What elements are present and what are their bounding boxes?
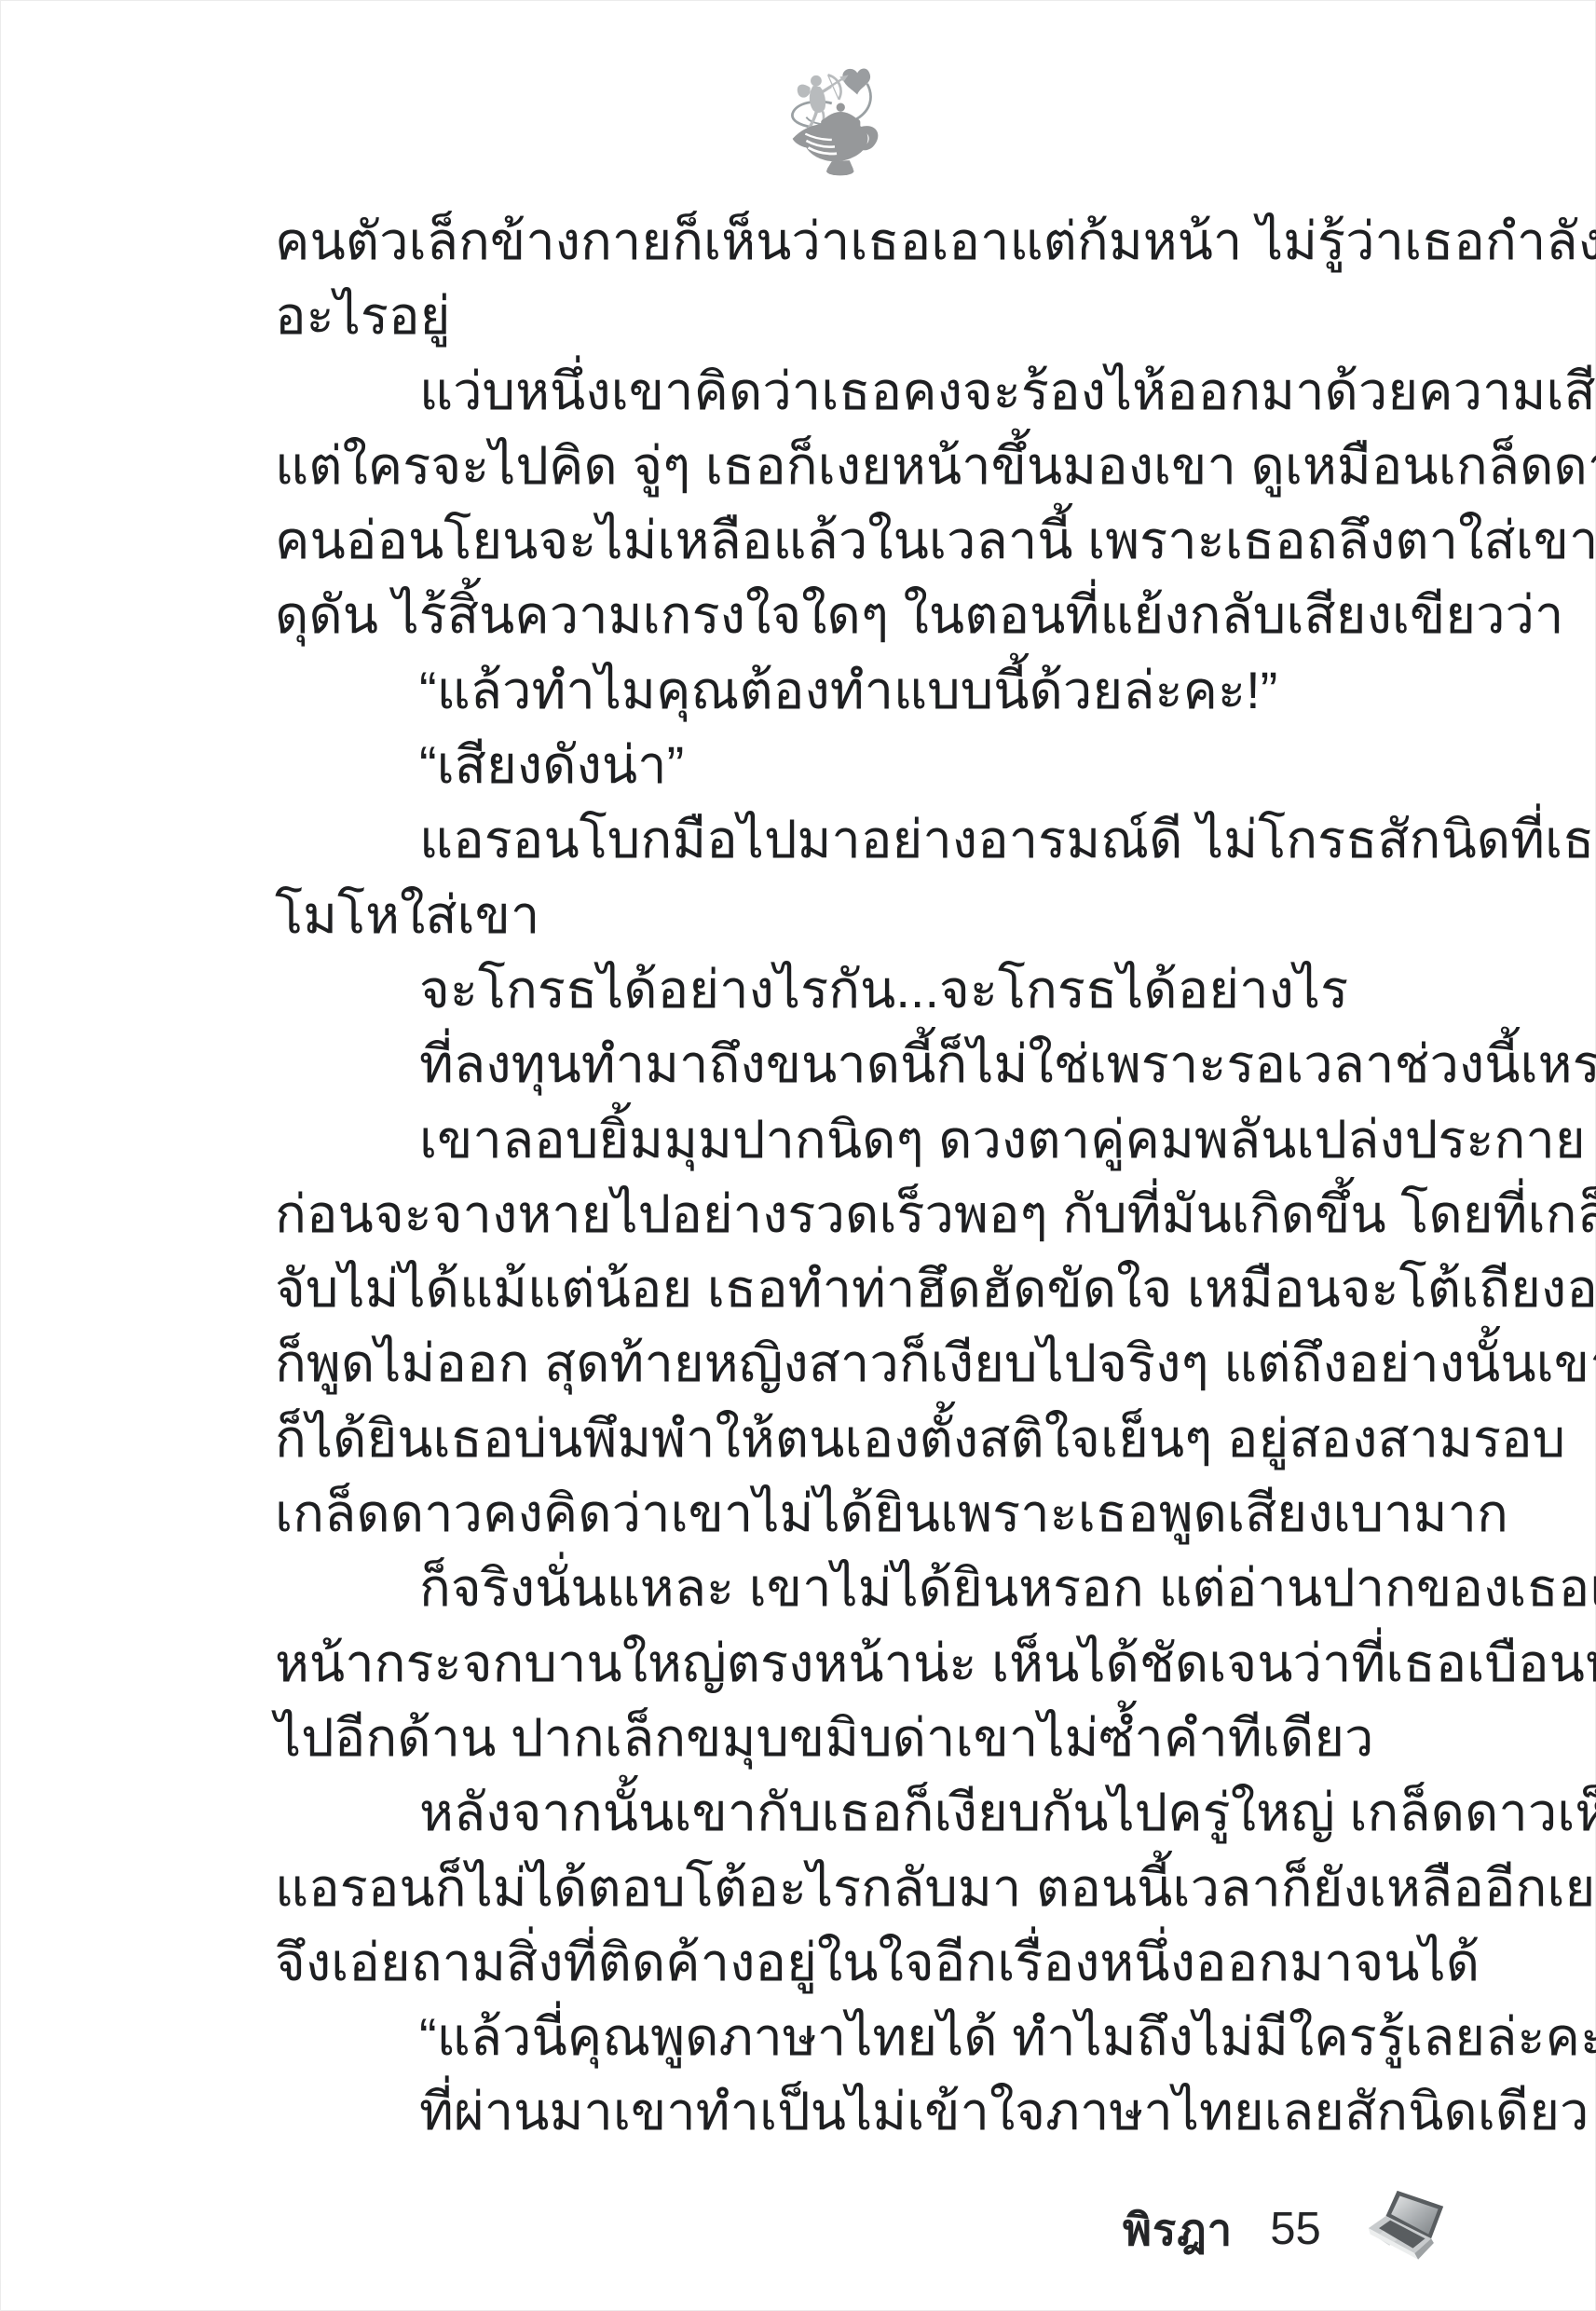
text-line: ที่ผ่านมาเขาทำเป็นไม่เข้าใจภาษาไทยเลยสัก… — [275, 2074, 1410, 2149]
text-line: ก็พูดไม่ออก สุดท้ายหญิงสาวก็เงียบไปจริงๆ… — [275, 1326, 1410, 1401]
text-line: ก็ได้ยินเธอบ่นพึมพำให้ตนเองตั้งสติใจเย็น… — [275, 1402, 1410, 1476]
text-line: “แล้วนี่คุณพูดภาษาไทยได้ ทำไมถึงไม่มีใคร… — [275, 2000, 1410, 2074]
text-line: คนอ่อนโยนจะไม่เหลือแล้วในเวลานี้ เพราะเธ… — [275, 503, 1410, 578]
story-text: คนตัวเล็กข้างกายก็เห็นว่าเธอเอาแต่ก้มหน้… — [275, 204, 1410, 2150]
text-line: ก่อนจะจางหายไปอย่างรวดเร็วพอๆ กับที่มันเ… — [275, 1177, 1410, 1251]
text-line: “แล้วทำไมคุณต้องทำแบบนี้ด้วยล่ะคะ!” — [275, 653, 1410, 728]
text-line: แอรอนก็ไม่ได้ตอบโต้อะไรกลับมา ตอนนี้เวลา… — [275, 1851, 1410, 1925]
text-line: อะไรอยู่ — [275, 279, 1410, 353]
text-line: จับไม่ได้แม้แต่น้อย เธอทำท่าฮึดฮัดขัดใจ … — [275, 1251, 1410, 1326]
text-line: เกล็ดดาวคงคิดว่าเขาไม่ได้ยินเพราะเธอพูดเ… — [275, 1476, 1410, 1551]
text-line: โมโหใส่เขา — [275, 878, 1410, 952]
book-page: คนตัวเล็กข้างกายก็เห็นว่าเธอเอาแต่ก้มหน้… — [0, 0, 1596, 2311]
text-line: จึงเอ่ยถามสิ่งที่ติดค้างอยู่ในใจอีกเรื่อ… — [275, 1925, 1410, 2000]
text-line: แว่บหนึ่งเขาคิดว่าเธอคงจะร้องไห้ออกมาด้ว… — [275, 354, 1410, 429]
genie-lamp — [793, 103, 879, 176]
page-number: 55 — [1270, 2203, 1321, 2255]
page-footer: พิรฎา 55 — [1123, 2188, 1450, 2270]
author-name: พิรฎา — [1123, 2195, 1233, 2264]
text-line: ดุดัน ไร้สิ้นความเกรงใจใดๆ ในตอนที่แย้งก… — [275, 578, 1410, 652]
text-line: “เสียงดังน่า” — [275, 728, 1410, 802]
text-line: เขาลอบยิ้มมุมปากนิดๆ ดวงตาคู่คมพลันเปล่ง… — [275, 1102, 1410, 1177]
text-line: ก็จริงนั่นแหละ เขาไม่ได้ยินหรอก แต่อ่านป… — [275, 1551, 1410, 1625]
laptop-icon — [1362, 2189, 1450, 2269]
text-line: แต่ใครจะไปคิด จู่ๆ เธอก็เงยหน้าขึ้นมองเข… — [275, 429, 1410, 503]
genie-lamp-cupid-icon — [781, 63, 891, 181]
text-line: จะโกรธได้อย่างไรกัน...จะโกรธได้อย่างไร — [275, 952, 1410, 1027]
lamp-cupid-ornament — [781, 63, 891, 181]
text-line: หลังจากนั้นเขากับเธอก็เงียบกันไปครู่ใหญ่… — [275, 1775, 1410, 1850]
text-line: แอรอนโบกมือไปมาอย่างอารมณ์ดี ไม่โกรธสักน… — [275, 802, 1410, 877]
text-line: คนตัวเล็กข้างกายก็เห็นว่าเธอเอาแต่ก้มหน้… — [275, 204, 1410, 279]
text-line: ไปอีกด้าน ปากเล็กขมุบขมิบด่าเขาไม่ซ้ำคำท… — [275, 1701, 1410, 1775]
text-line: หน้ากระจกบานใหญ่ตรงหน้าน่ะ เห็นได้ชัดเจน… — [275, 1626, 1410, 1701]
text-line: ที่ลงทุนทำมาถึงขนาดนี้ก็ไม่ใช่เพราะรอเวล… — [275, 1027, 1410, 1101]
